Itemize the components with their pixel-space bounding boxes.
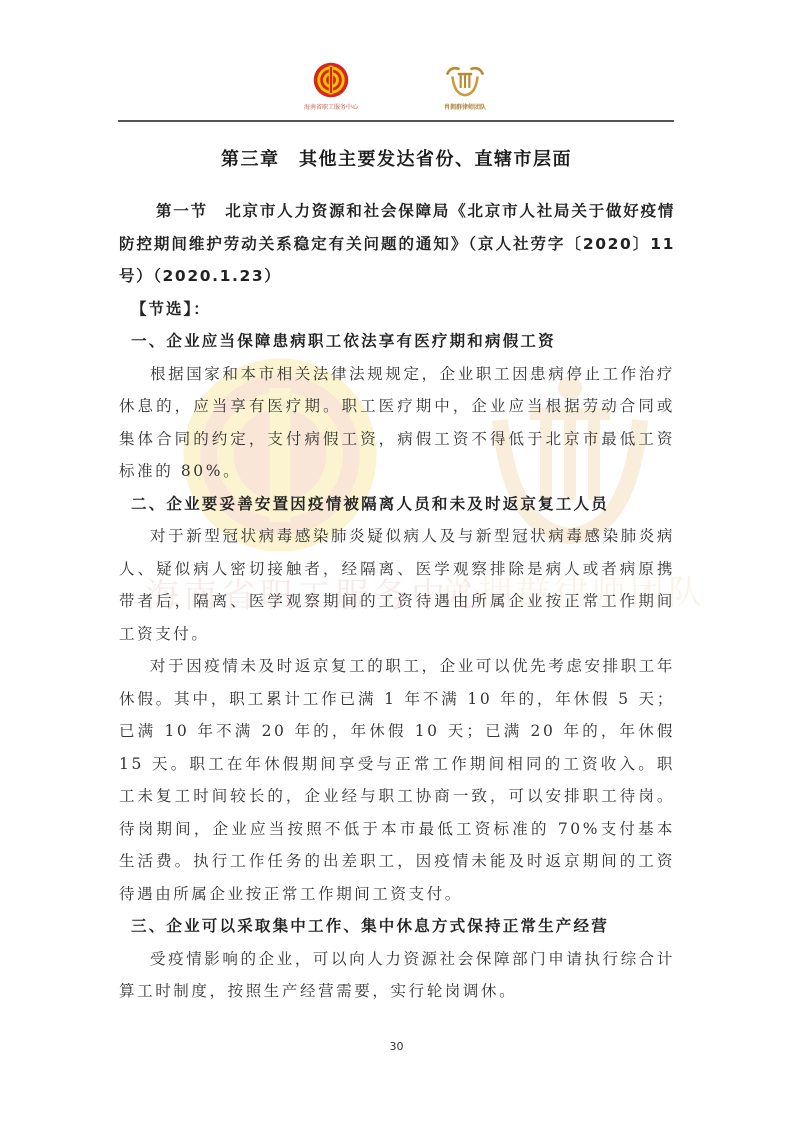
law-team-logo-caption: 肖拥群律师团队 bbox=[444, 104, 486, 112]
header-divider bbox=[118, 120, 674, 122]
item-heading-3: 三、企业可以采取集中工作、集中休息方式保持正常生产经营 bbox=[119, 910, 675, 943]
item-1-paragraph-1: 根据国家和本市相关法律法规规定，企业职工因患病停止工作治疗休息的，应当享有医疗期… bbox=[119, 358, 675, 488]
item-2-paragraph-2: 对于因疫情未及时返京复工的职工，企业可以优先考虑安排职工年休假。其中，职工累计工… bbox=[119, 650, 675, 910]
chapter-title: 第三章 其他主要发达省份、直辖市层面 bbox=[0, 145, 793, 171]
item-2-paragraph-1: 对于新型冠状病毒感染肺炎疑似病人及与新型冠状病毒感染肺炎病人、疑似病人密切接触者… bbox=[119, 520, 675, 650]
item-heading-2: 二、企业要妥善安置因疫情被隔离人员和未及时返京复工人员 bbox=[119, 488, 675, 521]
item-3-paragraph-1: 受疫情影响的企业，可以向人力资源社会保障部门申请执行综合计算工时制度，按照生产经… bbox=[119, 943, 675, 1008]
union-emblem-icon bbox=[313, 62, 349, 102]
law-team-logo: 肖拥群律师团队 bbox=[420, 62, 510, 112]
law-team-emblem-icon bbox=[443, 62, 487, 102]
item-heading-1: 一、企业应当保障患病职工依法享有医疗期和病假工资 bbox=[119, 325, 675, 358]
page-number: 30 bbox=[0, 1040, 793, 1053]
union-logo: 海南省职工服务中心 bbox=[296, 62, 366, 112]
union-logo-caption: 海南省职工服务中心 bbox=[304, 104, 358, 112]
document-body: 第一节 北京市人力资源和社会保障局《北京市人社局关于做好疫情防控期间维护劳动关系… bbox=[119, 195, 675, 1008]
header-logos: 海南省职工服务中心 肖拥群律师团队 bbox=[0, 62, 793, 114]
section-title: 第一节 北京市人力资源和社会保障局《北京市人社局关于做好疫情防控期间维护劳动关系… bbox=[119, 195, 675, 293]
selection-label: 【节选】： bbox=[119, 293, 675, 326]
